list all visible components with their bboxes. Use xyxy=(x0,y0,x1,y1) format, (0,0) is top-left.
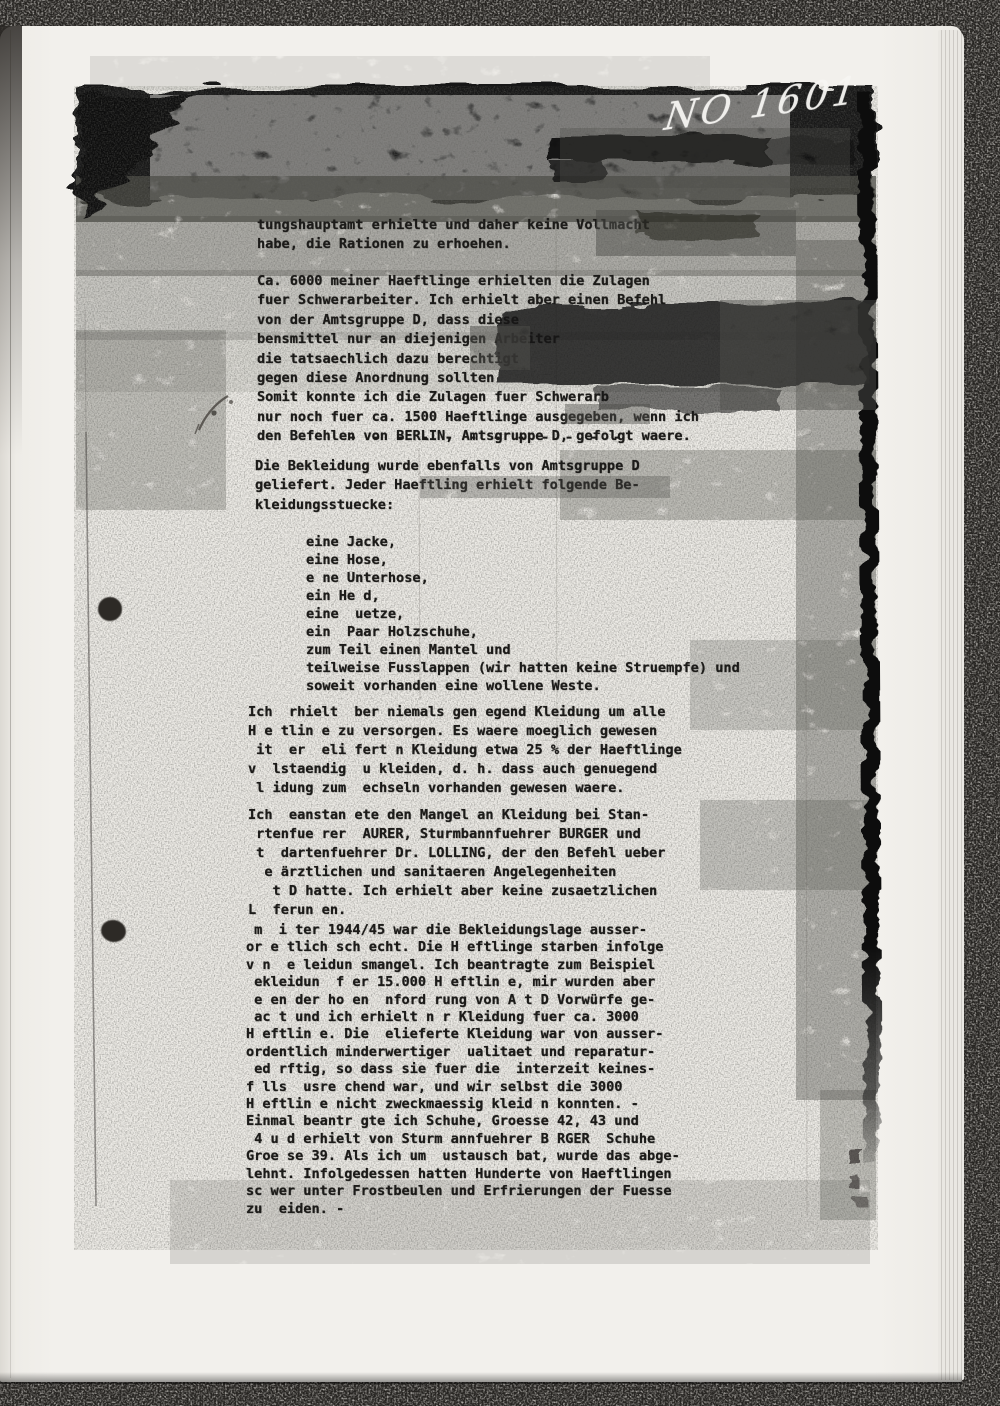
text-line: Ich eanstan ete den Mangel an Kleidung b… xyxy=(248,806,665,825)
text-line: ac t und ich erhielt n r Kleidung fuer c… xyxy=(246,1009,680,1026)
page-bottom-shadow xyxy=(0,1372,962,1384)
text-line: or e tlich sch echt. Die H eftlinge star… xyxy=(246,939,680,956)
text-line: gegen diese Anordnung sollten xyxy=(257,369,699,388)
paragraph-rations-fragment: tungshauptamt erhielte und daher keine V… xyxy=(257,216,650,255)
text-line: ordentlich minderwertiger ualitaet und r… xyxy=(246,1044,680,1061)
spine-shadow xyxy=(0,26,22,456)
text-line: eine Jacke, xyxy=(306,533,740,551)
text-line: sc wer unter Frostbeulen und Erfrierunge… xyxy=(246,1183,680,1200)
text-line: eine uetze, xyxy=(306,605,740,623)
text-line: von der Amtsgruppe D, dass diese xyxy=(257,311,699,330)
dashed-separator: - - - - - - - - - - - - xyxy=(348,430,625,444)
text-line: 4 u d erhielt von Sturm annfuehrer B RGE… xyxy=(246,1131,680,1148)
text-line: v n e leidun smangel. Ich beantragte zum… xyxy=(246,957,680,974)
paragraph-insufficient-clothing: Ich rhielt ber niemals gen egend Kleidun… xyxy=(248,703,682,798)
page-edge-stack xyxy=(938,30,964,1380)
text-line: Einmal beantr gte ich Schuhe, Groesse 42… xyxy=(246,1113,680,1130)
text-line: e ne Unterhose, xyxy=(306,569,740,587)
text-line: L ferun en. xyxy=(248,901,665,920)
text-line: l idung zum echseln vorhanden gewesen wa… xyxy=(248,779,682,798)
left-page-edge-line xyxy=(10,30,11,1378)
text-line: Ich rhielt ber niemals gen egend Kleidun… xyxy=(248,703,682,722)
text-line: fuer Schwerarbeiter. Ich erhielt aber ei… xyxy=(257,291,699,310)
text-line: lehnt. Infolgedessen hatten Hunderte von… xyxy=(246,1166,680,1183)
text-line: teilweise Fusslappen (wir hatten keine S… xyxy=(306,659,740,677)
text-line: H e tlin e zu versorgen. Es waere moegli… xyxy=(248,722,682,741)
text-line: bensmittel nur an diejenigen Arbeiter xyxy=(257,330,699,349)
text-line: Somit konnte ich die Zulagen fuer Schwer… xyxy=(257,388,699,407)
text-line: rtenfue rer AURER, Sturmbannfuehrer BURG… xyxy=(248,825,665,844)
text-line: ekleidun f er 15.000 H eftlin e, mir wur… xyxy=(246,974,680,991)
text-line: geliefert. Jeder Haeftling erhielt folge… xyxy=(255,476,640,495)
text-line: e ärztlichen und sanitaeren Angelegenhei… xyxy=(248,863,665,882)
text-line: t D hatte. Ich erhielt aber keine zusaet… xyxy=(248,882,665,901)
clothing-items-list: eine Jacke,eine Hose,e ne Unterhose,ein … xyxy=(306,533,740,695)
text-line: m i ter 1944/45 war die Bekleidungslage … xyxy=(246,922,680,939)
text-line: tungshauptamt erhielte und daher keine V… xyxy=(257,216,650,235)
text-line: ein Paar Holzschuhe, xyxy=(306,623,740,641)
text-line: t dartenfuehrer Dr. LOLLING, der den Bef… xyxy=(248,844,665,863)
text-line: H eftlin e nicht zweckmaessig kleid n ko… xyxy=(246,1096,680,1113)
text-line: H eftlin e. Die elieferte Kleidung war v… xyxy=(246,1026,680,1043)
text-line: Ca. 6000 meiner Haeftlinge erhielten die… xyxy=(257,272,699,291)
text-line: die tatsaechlich dazu berechtigt xyxy=(257,350,699,369)
text-line: it er eli fert n Kleidung etwa 25 % der … xyxy=(248,741,682,760)
text-line: e en der ho en nford rung von A t D Vorw… xyxy=(246,992,680,1009)
text-line: ein He d, xyxy=(306,587,740,605)
punch-hole-top xyxy=(98,597,122,621)
text-line: zum Teil einen Mantel und xyxy=(306,641,740,659)
text-line: f lls usre chend war, und wir selbst die… xyxy=(246,1079,680,1096)
text-line: habe, die Rationen zu erhoehen. xyxy=(257,235,650,254)
photographed-book-page: tungshauptamt erhielte und daher keine V… xyxy=(0,0,1000,1406)
paragraph-clothing-intro: Die Bekleidung wurde ebenfalls von Amtsg… xyxy=(255,457,640,515)
text-line: zu eiden. - xyxy=(246,1201,680,1218)
text-line: ed rftig, so dass sie fuer die interzeit… xyxy=(246,1061,680,1078)
text-line: kleidungsstuecke: xyxy=(255,496,640,515)
text-line: nur noch fuer ca. 1500 Haeftlinge ausgeg… xyxy=(257,408,699,427)
paragraph-complaint: Ich eanstan ete den Mangel an Kleidung b… xyxy=(248,806,665,920)
text-line: Groe se 39. Als ich um ustausch bat, wur… xyxy=(246,1148,680,1165)
text-line: soweit vorhanden eine wollene Weste. xyxy=(306,677,740,695)
text-line: eine Hose, xyxy=(306,551,740,569)
text-line: Die Bekleidung wurde ebenfalls von Amtsg… xyxy=(255,457,640,476)
text-line: v lstaendig u kleiden, d. h. dass auch g… xyxy=(248,760,682,779)
paragraph-heavy-labor-supplements: Ca. 6000 meiner Haeftlinge erhielten die… xyxy=(257,272,699,447)
paragraph-winter-1944-45: m i ter 1944/45 war die Bekleidungslage … xyxy=(246,922,680,1218)
